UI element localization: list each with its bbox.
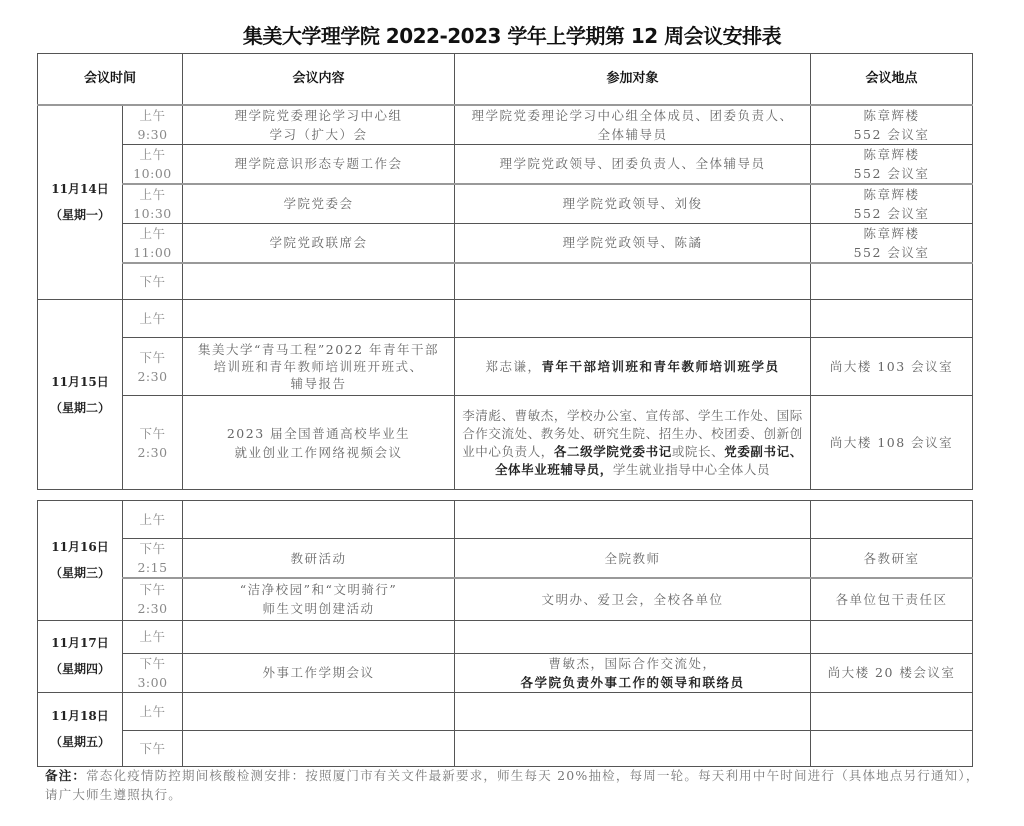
attendees-cell — [455, 263, 811, 300]
time-label: 9:30 — [123, 125, 182, 144]
weekday-label: （星期二） — [38, 395, 122, 421]
header-content: 会议内容 — [183, 54, 455, 105]
attendees-cell: 文明办、爱卫会，全校各单位 — [455, 578, 811, 620]
content-cell — [183, 300, 455, 338]
location-cell — [811, 300, 973, 338]
attendees-cell: 理学院党政领导、团委负责人、全体辅导员 — [455, 144, 811, 184]
content-line: 2023 届全国普通高校毕业生 — [183, 424, 454, 443]
time-cell: 下午2:15 — [123, 539, 183, 579]
weekday-label: （星期五） — [38, 729, 122, 755]
time-label: 2:15 — [123, 558, 182, 577]
table-row: 下午3:00 外事工作学期会议 曹敏杰，国际合作交流处，各学院负责外事工作的领导… — [38, 653, 973, 692]
location-line: 陈章辉楼 — [811, 106, 972, 125]
attendees-cell — [455, 730, 811, 766]
attendees-line: 理学院党政领导、团委负责人、全体辅导员 — [455, 154, 810, 173]
location-cell: 尚大楼 103 会议室 — [811, 338, 973, 396]
attendees-cell: 理学院党政领导、陈譎 — [455, 223, 811, 263]
table-row: 上午10:30 学院党委会 理学院党政领导、刘俊 陈章辉楼552 会议室 — [38, 184, 973, 224]
header-row: 会议时间 会议内容 参加对象 会议地点 — [38, 54, 973, 105]
date-label: 11月18日 — [38, 703, 122, 729]
content-line: 学院党政联席会 — [183, 233, 454, 252]
period-label: 上午 — [123, 510, 182, 529]
attendees-cell: 全院教师 — [455, 539, 811, 579]
header-location: 会议地点 — [811, 54, 973, 105]
time-cell: 下午2:30 — [123, 338, 183, 396]
attendees-cell — [455, 692, 811, 730]
content-cell: 外事工作学期会议 — [183, 653, 455, 692]
content-cell: 理学院党委理论学习中心组学习（扩大）会 — [183, 105, 455, 145]
location-cell: 各教研室 — [811, 539, 973, 579]
table-row: 11月15日 （星期二） 上午 — [38, 300, 973, 338]
content-cell — [183, 620, 455, 653]
period-label: 上午 — [123, 627, 182, 646]
content-cell — [183, 501, 455, 539]
content-line: 学习（扩大）会 — [183, 125, 454, 144]
schedule-table-part1: 会议时间 会议内容 参加对象 会议地点 11月14日 （星期一） 上午9:30 … — [37, 53, 973, 490]
time-cell: 上午 — [123, 300, 183, 338]
footnote-label: 备注： — [45, 768, 86, 783]
table-row: 下午 — [38, 263, 973, 300]
weekday-label: （星期三） — [38, 560, 122, 586]
date-cell: 11月15日 （星期二） — [38, 300, 123, 490]
content-line: 就业创业工作网络视频会议 — [183, 443, 454, 462]
time-cell: 上午 — [123, 501, 183, 539]
location-line: 陈章辉楼 — [811, 185, 972, 204]
time-cell: 上午9:30 — [123, 105, 183, 145]
content-cell: 学院党政联席会 — [183, 223, 455, 263]
period-label: 下午 — [123, 580, 182, 599]
date-cell: 11月17日 （星期四） — [38, 620, 123, 692]
location-cell: 尚大楼 20 楼会议室 — [811, 653, 973, 692]
header-time: 会议时间 — [38, 54, 183, 105]
time-cell: 下午3:00 — [123, 653, 183, 692]
period-label: 上午 — [123, 309, 182, 328]
attendees-plain: 曹敏杰，国际合作交流处， — [455, 654, 810, 673]
location-cell: 各单位包干责任区 — [811, 578, 973, 620]
location-line: 各教研室 — [811, 549, 972, 568]
attendees-bold: 各学院负责外事工作的领导和联络员 — [455, 673, 810, 692]
attendees-cell — [455, 620, 811, 653]
content-cell — [183, 263, 455, 300]
time-cell: 下午2:30 — [123, 578, 183, 620]
time-cell: 下午 — [123, 730, 183, 766]
content-cell: 2023 届全国普通高校毕业生就业创业工作网络视频会议 — [183, 396, 455, 490]
location-cell — [811, 501, 973, 539]
attendees-cell: 李清彪、曹敏杰，学校办公室、宣传部、学生工作处、国际合作交流处、教务处、研究生院… — [455, 396, 811, 490]
content-line: 培训班和青年教师培训班开班式、 — [183, 358, 454, 375]
table-row: 11月17日 （星期四） 上午 — [38, 620, 973, 653]
weekday-label: （星期一） — [38, 202, 122, 228]
location-cell — [811, 263, 973, 300]
location-cell — [811, 620, 973, 653]
attendees-line: 理学院党政领导、陈譎 — [455, 233, 810, 252]
period-label: 上午 — [123, 702, 182, 721]
page-title: 集美大学理学院 2022-2023 学年上学期第 12 周会议安排表 — [0, 20, 1024, 49]
location-cell: 陈章辉楼552 会议室 — [811, 144, 973, 184]
content-line: 外事工作学期会议 — [183, 663, 454, 682]
location-line: 陈章辉楼 — [811, 145, 972, 164]
attendees-cell — [455, 501, 811, 539]
time-label: 11:00 — [123, 243, 182, 262]
content-line: 师生文明创建活动 — [183, 599, 454, 618]
table-row: 11月16日 （星期三） 上午 — [38, 501, 973, 539]
attendees-cell: 郑志谦，青年干部培训班和青年教师培训班学员 — [455, 338, 811, 396]
time-cell: 上午 — [123, 692, 183, 730]
time-cell: 上午 — [123, 620, 183, 653]
content-line: “洁净校园”和“文明骑行” — [183, 580, 454, 599]
table-row: 下午2:30 “洁净校园”和“文明骑行”师生文明创建活动 文明办、爱卫会，全校各… — [38, 578, 973, 620]
location-line: 552 会议室 — [811, 204, 972, 223]
content-cell: 学院党委会 — [183, 184, 455, 224]
location-line: 552 会议室 — [811, 243, 972, 262]
attendees-bold: 各二级学院党委书记 — [554, 444, 672, 459]
attendees-cell: 理学院党政领导、刘俊 — [455, 184, 811, 224]
table-row: 11月14日 （星期一） 上午9:30 理学院党委理论学习中心组学习（扩大）会 … — [38, 105, 973, 145]
attendees-line: 理学院党委理论学习中心组全体成员、团委负责人、 — [455, 106, 810, 125]
attendees-line: 理学院党政领导、刘俊 — [455, 194, 810, 213]
period-label: 下午 — [123, 348, 182, 367]
location-line: 尚大楼 103 会议室 — [811, 357, 972, 376]
footnote: 备注：常态化疫情防控期间核酸检测安排：按照厦门市有关文件最新要求，师生每天 20… — [45, 766, 980, 804]
period-label: 上午 — [123, 145, 182, 164]
time-cell: 下午 — [123, 263, 183, 300]
content-line: 辅导报告 — [183, 375, 454, 392]
header-attendees: 参加对象 — [455, 54, 811, 105]
date-cell: 11月18日 （星期五） — [38, 692, 123, 766]
date-label: 11月16日 — [38, 534, 122, 560]
attendees-cell — [455, 300, 811, 338]
time-label: 3:00 — [123, 673, 182, 692]
time-label: 10:30 — [123, 204, 182, 223]
attendees-plain: 郑志谦， — [486, 359, 542, 374]
date-label: 11月17日 — [38, 630, 122, 656]
location-cell: 陈章辉楼552 会议室 — [811, 105, 973, 145]
location-cell — [811, 692, 973, 730]
table-row: 下午2:30 集美大学“青马工程”2022 年青年干部培训班和青年教师培训班开班… — [38, 338, 973, 396]
table-row: 上午11:00 学院党政联席会 理学院党政领导、陈譎 陈章辉楼552 会议室 — [38, 223, 973, 263]
content-cell — [183, 730, 455, 766]
period-label: 下午 — [123, 424, 182, 443]
time-label: 2:30 — [123, 367, 182, 386]
time-label: 2:30 — [123, 443, 182, 462]
date-cell: 11月16日 （星期三） — [38, 501, 123, 621]
period-label: 下午 — [123, 539, 182, 558]
content-line: 教研活动 — [183, 549, 454, 568]
location-cell — [811, 730, 973, 766]
footnote-text: 常态化疫情防控期间核酸检测安排：按照厦门市有关文件最新要求，师生每天 20%抽检… — [45, 768, 980, 802]
content-line: 集美大学“青马工程”2022 年青年干部 — [183, 341, 454, 358]
location-line: 陈章辉楼 — [811, 224, 972, 243]
attendees-plain: 或院长、 — [672, 444, 724, 459]
table-row: 下午2:15 教研活动 全院教师 各教研室 — [38, 539, 973, 579]
location-line: 552 会议室 — [811, 164, 972, 183]
location-line: 尚大楼 20 楼会议室 — [811, 663, 972, 682]
location-cell: 陈章辉楼552 会议室 — [811, 223, 973, 263]
attendees-cell: 理学院党委理论学习中心组全体成员、团委负责人、全体辅导员 — [455, 105, 811, 145]
table-row: 下午2:30 2023 届全国普通高校毕业生就业创业工作网络视频会议 李清彪、曹… — [38, 396, 973, 490]
period-label: 下午 — [123, 272, 182, 291]
location-line: 552 会议室 — [811, 125, 972, 144]
content-line: 理学院意识形态专题工作会 — [183, 154, 454, 173]
attendees-plain: 学生就业指导中心全体人员 — [613, 462, 770, 477]
table-row: 下午 — [38, 730, 973, 766]
content-cell — [183, 692, 455, 730]
date-cell: 11月14日 （星期一） — [38, 105, 123, 300]
attendees-bold: 青年干部培训班和青年教师培训班学员 — [542, 359, 780, 374]
content-cell: 集美大学“青马工程”2022 年青年干部培训班和青年教师培训班开班式、辅导报告 — [183, 338, 455, 396]
weekday-label: （星期四） — [38, 656, 122, 682]
attendees-cell: 曹敏杰，国际合作交流处，各学院负责外事工作的领导和联络员 — [455, 653, 811, 692]
content-line: 学院党委会 — [183, 194, 454, 213]
table-row: 上午10:00 理学院意识形态专题工作会 理学院党政领导、团委负责人、全体辅导员… — [38, 144, 973, 184]
period-label: 上午 — [123, 185, 182, 204]
period-label: 下午 — [123, 739, 182, 758]
table-row: 11月18日 （星期五） 上午 — [38, 692, 973, 730]
time-cell: 上午10:30 — [123, 184, 183, 224]
date-label: 11月15日 — [38, 369, 122, 395]
period-label: 上午 — [123, 224, 182, 243]
time-cell: 上午11:00 — [123, 223, 183, 263]
content-cell: “洁净校园”和“文明骑行”师生文明创建活动 — [183, 578, 455, 620]
date-label: 11月14日 — [38, 176, 122, 202]
period-label: 下午 — [123, 654, 182, 673]
time-label: 2:30 — [123, 599, 182, 618]
time-cell: 下午2:30 — [123, 396, 183, 490]
location-cell: 尚大楼 108 会议室 — [811, 396, 973, 490]
time-label: 10:00 — [123, 164, 182, 183]
location-line: 各单位包干责任区 — [811, 590, 972, 609]
location-cell: 陈章辉楼552 会议室 — [811, 184, 973, 224]
attendees-line: 全院教师 — [455, 549, 810, 568]
period-label: 上午 — [123, 106, 182, 125]
content-line: 理学院党委理论学习中心组 — [183, 106, 454, 125]
schedule-table-part2: 11月16日 （星期三） 上午 下午2:15 教研活动 全院教师 各教研室 下午… — [37, 500, 973, 767]
attendees-line: 全体辅导员 — [455, 125, 810, 144]
attendees-line: 文明办、爱卫会，全校各单位 — [455, 590, 810, 609]
content-cell: 教研活动 — [183, 539, 455, 579]
location-line: 尚大楼 108 会议室 — [811, 433, 972, 452]
content-cell: 理学院意识形态专题工作会 — [183, 144, 455, 184]
time-cell: 上午10:00 — [123, 144, 183, 184]
